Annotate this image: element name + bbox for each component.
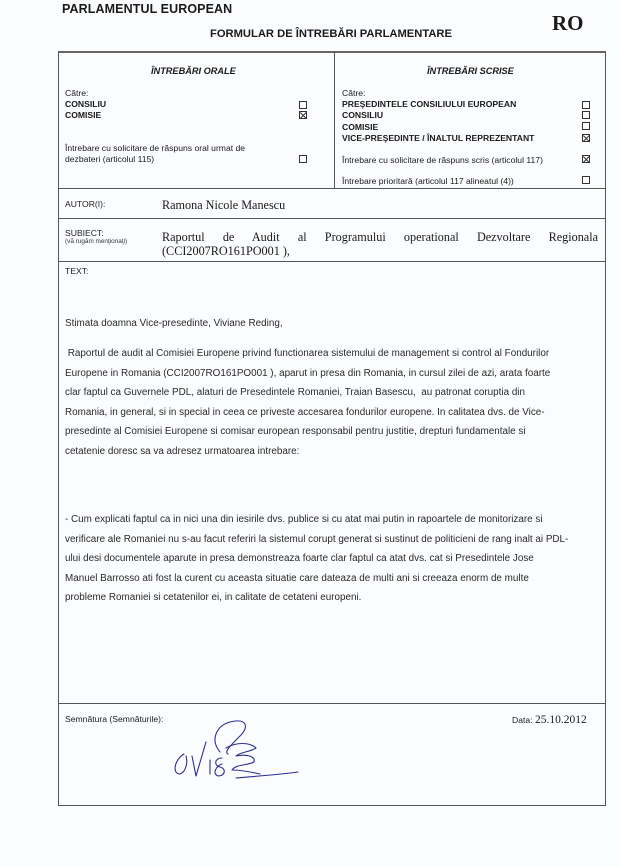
- paragraph-1: Raportul de audit al Comisiei Europene p…: [65, 344, 605, 461]
- paragraph-1-line: presedinte al Comisiei Europene si comis…: [65, 422, 605, 442]
- written-commission-checkbox[interactable]: [582, 122, 590, 130]
- oral-council-checkbox[interactable]: [299, 101, 307, 109]
- paragraph-1-line: cetatenie doresc sa va adresez urmatoare…: [65, 442, 605, 462]
- column-divider: [334, 52, 335, 188]
- oral-debate-checkbox[interactable]: [299, 155, 307, 163]
- priority-question-label: Întrebare prioritară (articolul 117 alin…: [342, 176, 514, 186]
- author-label: AUTOR(I):: [65, 199, 105, 209]
- written-recipient-vice-president: VICE-PREŞEDINTE / ÎNALTUL REPREZENTANT: [342, 133, 534, 143]
- text-label: TEXT:: [65, 266, 88, 276]
- handwritten-signature: [170, 712, 310, 782]
- divider-subject: [58, 261, 606, 262]
- written-ec-president-checkbox[interactable]: [582, 101, 590, 109]
- form-title: FORMULAR DE ÎNTREBĂRI PARLAMENTARE: [210, 28, 452, 40]
- oral-questions-title: ÎNTREBĂRI ORALE: [151, 66, 236, 76]
- question-line: - Cum explicati faptul ca in nici una di…: [65, 510, 605, 530]
- oral-recipient-commission: COMISIE: [65, 110, 101, 120]
- oral-to-label: Către:: [65, 88, 88, 98]
- date-field: Data: 25.10.2012: [512, 714, 587, 726]
- question-line: ului desi documentele aparute in presa d…: [65, 549, 605, 569]
- question-line: probleme Romaniei si cetatenilor ei, in …: [65, 588, 605, 608]
- subject-sublabel: (vă rugăm menţionaţi): [65, 238, 127, 245]
- written-answer-option-label: Întrebare cu solicitare de răspuns scris…: [342, 155, 543, 165]
- written-recipient-european-council-president: PREŞEDINTELE CONSILIULUI EUROPEAN: [342, 99, 516, 109]
- date-value: 25.10.2012: [535, 714, 587, 726]
- question-line: Manuel Barrosso ati fost la curent cu ac…: [65, 569, 605, 589]
- date-label: Data:: [512, 715, 533, 725]
- greeting: Stimata doamna Vice-presedinte, Viviane …: [65, 314, 605, 334]
- written-recipient-commission: COMISIE: [342, 122, 378, 132]
- paragraph-1-line: Romania, in general, si in special in ce…: [65, 403, 605, 423]
- divider-questions: [58, 188, 606, 189]
- paragraph-1-line: Raportul de audit al Comisiei Europene p…: [65, 344, 605, 364]
- written-vice-president-checkbox[interactable]: [582, 134, 590, 142]
- organization-name: PARLAMENTUL EUROPEAN: [62, 2, 232, 16]
- question-paragraph: - Cum explicati faptul ca in nici una di…: [65, 510, 605, 608]
- priority-question-checkbox[interactable]: [582, 176, 590, 184]
- language-code: RO: [552, 11, 584, 36]
- subject-value: Raportul de Audit al Programului operati…: [162, 230, 598, 258]
- oral-debate-label-2: dezbateri (articolul 115): [65, 154, 154, 164]
- divider-text: [58, 703, 606, 704]
- subject-label: SUBIECT:: [65, 228, 104, 238]
- paragraph-1-line: clar faptul ca Guvernele PDL, alaturi de…: [65, 383, 605, 403]
- question-line: verificare ale Romaniei nu s-au facut re…: [65, 530, 605, 550]
- subject-line-2: (CCI2007RO161PO001 ),: [162, 244, 290, 258]
- written-questions-title: ÎNTREBĂRI SCRISE: [427, 66, 514, 76]
- written-to-label: Către:: [342, 88, 365, 98]
- written-answer-checkbox[interactable]: [582, 155, 590, 163]
- paragraph-1-line: Europene in Romania (CCI2007RO161PO001 )…: [65, 364, 605, 384]
- oral-debate-label-1: Întrebare cu solicitare de răspuns oral …: [65, 143, 245, 153]
- author-value: Ramona Nicole Manescu: [162, 198, 285, 213]
- oral-commission-checkbox[interactable]: [299, 111, 307, 119]
- signature-label: Semnătura (Semnăturile):: [65, 714, 163, 724]
- subject-line-1: Raportul de Audit al Programului operati…: [162, 230, 598, 244]
- written-recipient-council: CONSILIU: [342, 110, 383, 120]
- oral-recipient-council: CONSILIU: [65, 99, 106, 109]
- divider-author: [58, 218, 606, 219]
- written-council-checkbox[interactable]: [582, 111, 590, 119]
